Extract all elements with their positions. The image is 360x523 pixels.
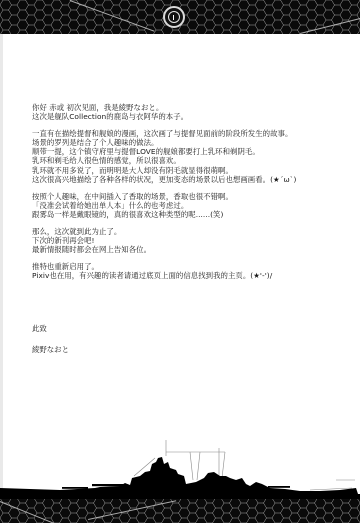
battleship-silhouette-icon [0, 438, 360, 501]
text-line: 乳环和剃毛给人很色情的感觉，所以很喜欢。 [32, 156, 352, 165]
closing-text: 此致 [32, 324, 69, 333]
top-honeycomb-band [0, 0, 360, 34]
paragraph: 那么，这次就到此为止了。 下次的新刊再会吧! 最新情报随时都会在网上告知各位。 [32, 227, 352, 254]
text-line: 这次是舰队Collection的鹿岛与衣阿华的本子。 [32, 112, 352, 121]
decorative-line [70, 0, 155, 32]
text-line: 那么，这次就到此为止了。 [32, 227, 352, 236]
text-line: 推特也重新启用了。 [32, 262, 352, 271]
decorative-line [88, 500, 176, 520]
paragraph: 一直有在描绘提督和舰娘的漫画，这次画了与提督见面前的阶段所发生的故事。 场景的罗… [32, 129, 352, 184]
text-line: 最新情报随时都会在网上告知各位。 [32, 245, 352, 254]
paragraph: 你好 赤或 初次见面，我是綾野なおと。 这次是舰队Collection的鹿岛与衣… [32, 103, 352, 121]
decorative-line [300, 16, 360, 34]
paragraph: 推特也重新启用了。 Pixiv也在用，有兴趣的读者请通过底页上面的信息找到我的主… [32, 262, 352, 280]
bottom-honeycomb-band [0, 499, 360, 523]
paragraph: 按照个人趣味，在中间插入了香取的场景，香取也很不错啊。 「没准会试着给她出单人本… [32, 192, 352, 219]
afterword-letter: 你好 赤或 初次见面，我是綾野なおと。 这次是舰队Collection的鹿岛与衣… [32, 103, 352, 281]
text-line: 按照个人趣味，在中间插入了香取的场景，香取也很不错啊。 [32, 192, 352, 201]
author-name: 綾野なおと [32, 345, 69, 354]
text-line: 场景的罗列是结合了个人趣味的做法。 [32, 138, 352, 147]
text-line: 下次的新刊再会吧! [32, 236, 352, 245]
text-line: 「没准会试着给她出单人本」什么的也考虑过。 [32, 201, 352, 210]
text-line: 这次很高兴地描绘了各种各样的状况，更加变态的场景以后也想画画看。(★´ω`) [32, 175, 352, 184]
anchor-emblem-icon [163, 6, 185, 28]
text-line: 一直有在描绘提督和舰娘的漫画，这次画了与提督见面前的阶段所发生的故事。 [32, 129, 352, 138]
text-line: 乳环就不用多说了，而明明是大人却没有阴毛就显得很萌啊。 [32, 166, 352, 175]
page-gutter [0, 34, 3, 499]
text-line: 跟雾岛一样是戴眼镜的，真的很喜欢这种类型的呢......(笑) [32, 210, 352, 219]
text-line: Pixiv也在用，有兴趣的读者请通过底页上面的信息找到我的主页。(★'-')/ [32, 271, 352, 280]
text-line: 顺带一提，这个镇守府里与提督LOVE的舰娘都要打上乳环和剃阴毛。 [32, 147, 352, 156]
decorative-line [0, 501, 56, 523]
signature-block: 此致 綾野なおと [32, 324, 69, 354]
text-line: 你好 赤或 初次见面，我是綾野なおと。 [32, 103, 352, 112]
